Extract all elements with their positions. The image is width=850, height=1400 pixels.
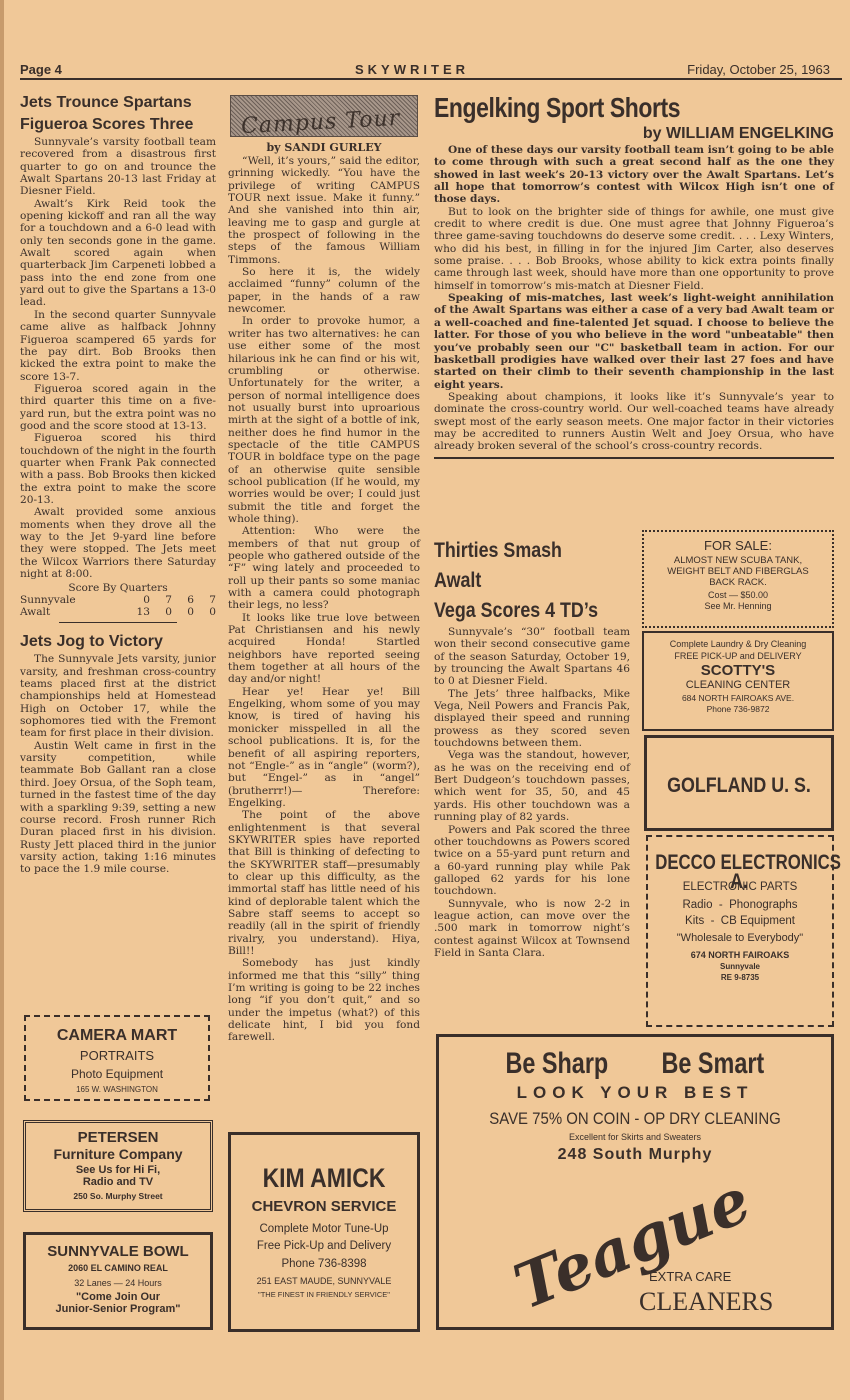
paragraph: But to look on the brighter side of thin… bbox=[434, 206, 834, 292]
paragraph: The Sunnyvale Jets varsity, junior varsi… bbox=[20, 653, 216, 739]
table-title: Score By Quarters bbox=[20, 582, 216, 594]
ad-subtitle: CLEANING CENTER bbox=[644, 679, 832, 691]
ad-for-sale: FOR SALE: ALMOST NEW SCUBA TANK, WEIGHT … bbox=[642, 530, 834, 628]
paragraph: “Well, it’s yours,” said the editor, gri… bbox=[228, 155, 420, 266]
ad-line: Radio and TV bbox=[26, 1176, 210, 1188]
ad-title: SUNNYVALE BOWL bbox=[26, 1243, 210, 1260]
team-name: Awalt bbox=[20, 606, 128, 618]
paragraph: Figueroa scored again in the third quart… bbox=[20, 383, 216, 432]
ad-address: 684 NORTH FAIROAKS AVE. bbox=[644, 693, 832, 703]
ad-line: Kits - CB Equipment bbox=[648, 915, 832, 927]
ad-sunnyvale-bowl: SUNNYVALE BOWL 2060 EL CAMINO REAL 32 La… bbox=[23, 1232, 213, 1330]
ad-teague-cleaners: Be Sharp Be Smart LOOK YOUR BEST SAVE 75… bbox=[436, 1034, 834, 1330]
page-number: Page 4 bbox=[20, 62, 62, 77]
ad-kim-amick-chevron: KIM AMICK CHEVRON SERVICE Complete Motor… bbox=[228, 1132, 420, 1332]
article-body: One of these days our varsity football t… bbox=[434, 144, 834, 453]
ad-title: DECCO ELECTRONICS bbox=[655, 851, 825, 875]
divider bbox=[434, 457, 834, 459]
quarter-score: 0 bbox=[150, 606, 172, 618]
byline: by WILLIAM ENGELKING bbox=[434, 124, 834, 144]
quarter-score: 0 bbox=[194, 606, 216, 618]
paragraph: Hear ye! Hear ye! Bill Engelking, whom s… bbox=[228, 686, 420, 809]
ad-line: BACK RACK. bbox=[644, 577, 832, 588]
ad-address: 2060 EL CAMINO REAL bbox=[26, 1263, 210, 1273]
column-2: Campus Tour by SANDI GURLEY “Well, it’s … bbox=[228, 95, 420, 1044]
ad-line: Radio - Phonographs bbox=[648, 899, 832, 911]
quarter-score: 7 bbox=[150, 594, 172, 606]
team-name: Sunnyvale bbox=[20, 594, 128, 606]
ad-title: CAMERA MART bbox=[26, 1027, 208, 1045]
quarter-score: 0 bbox=[128, 594, 150, 606]
table-row: Sunnyvale 0 7 6 7 bbox=[20, 594, 216, 606]
paragraph: Vega was the standout, however, as he wa… bbox=[434, 749, 630, 823]
ad-line: Photo Equipment bbox=[26, 1067, 208, 1081]
paragraph: Awalt’s Kirk Reid took the opening kicko… bbox=[20, 198, 216, 309]
ad-line: Free Pick-Up and Delivery bbox=[231, 1240, 417, 1252]
paragraph: Figueroa scored his third touchdown of t… bbox=[20, 432, 216, 506]
paragraph: Austin Welt came in first in the varsity… bbox=[20, 740, 216, 876]
ad-subtitle: CHEVRON SERVICE bbox=[231, 1198, 417, 1215]
ad-title: KIM AMICK bbox=[245, 1163, 403, 1194]
ad-line: 32 Lanes — 24 Hours bbox=[26, 1278, 210, 1288]
paragraph: In order to provoke humor, a writer has … bbox=[228, 315, 420, 525]
column-3: Engelking Sport Shorts by WILLIAM ENGELK… bbox=[434, 92, 834, 459]
paragraph: Sunnyvale’s “30” football team won their… bbox=[434, 626, 630, 688]
newspaper-title: SKYWRITER bbox=[355, 62, 469, 77]
ad-line: See Us for Hi Fi, bbox=[26, 1164, 210, 1176]
quarter-score: 0 bbox=[172, 606, 194, 618]
paragraph: Awalt provided some anxious moments when… bbox=[20, 506, 216, 580]
ad-slogan-right: Be Smart bbox=[662, 1047, 765, 1081]
masthead: Page 4 SKYWRITER Friday, October 25, 196… bbox=[20, 62, 842, 80]
quarter-score: 13 bbox=[128, 606, 150, 618]
headline: Jets Jog to Victory bbox=[20, 631, 216, 653]
ad-line: WEIGHT BELT AND FIBERGLAS bbox=[644, 566, 832, 577]
article-body: Sunnyvale’s “30” football team won their… bbox=[434, 626, 630, 959]
paragraph: Speaking of mis-matches, last week’s lig… bbox=[434, 292, 834, 391]
ad-scottys-cleaning: Complete Laundry & Dry Cleaning FREE PIC… bbox=[642, 631, 834, 731]
ad-tagline: EXTRA CARE bbox=[649, 1269, 731, 1284]
paragraph: The Jets’ three halfbacks, Mike Vega, Ne… bbox=[434, 688, 630, 750]
ad-line: ALMOST NEW SCUBA TANK, bbox=[644, 555, 832, 566]
paragraph: In the second quarter Sunnyvale came ali… bbox=[20, 309, 216, 383]
ad-petersen-furniture: PETERSEN Furniture Company See Us for Hi… bbox=[23, 1120, 213, 1212]
ad-line: PORTRAITS bbox=[26, 1048, 208, 1063]
ad-line: Complete Laundry & Dry Cleaning bbox=[644, 639, 832, 649]
headline: Jets Trounce Spartans bbox=[20, 92, 216, 114]
issue-date: Friday, October 25, 1963 bbox=[687, 62, 830, 77]
ad-contact: See Mr. Henning bbox=[644, 601, 832, 611]
ad-phone: Phone 736-9872 bbox=[644, 704, 832, 714]
ad-slogan: "THE FINEST IN FRIENDLY SERVICE" bbox=[231, 1290, 417, 1299]
campus-tour-banner: Campus Tour bbox=[230, 95, 418, 137]
ad-address: 165 W. WASHINGTON bbox=[26, 1085, 208, 1094]
subheadline: Vega Scores 4 TD’s bbox=[434, 596, 601, 626]
ad-line: LOOK YOUR BEST bbox=[439, 1083, 831, 1103]
paragraph: The point of the above enlightenment is … bbox=[228, 809, 420, 957]
paragraph: Sunnyvale, who is now 2-2 in league acti… bbox=[434, 898, 630, 960]
ad-title: FOR SALE: bbox=[644, 538, 832, 553]
ad-address: 251 EAST MAUDE, SUNNYVALE bbox=[231, 1276, 417, 1286]
paragraph: Speaking about champions, it looks like … bbox=[434, 391, 834, 453]
ad-title: SCOTTY'S bbox=[644, 662, 832, 679]
ad-brand-word: CLEANERS bbox=[639, 1287, 773, 1317]
ad-title: PETERSEN bbox=[26, 1129, 210, 1146]
paragraph: It looks like true love between Pat Chri… bbox=[228, 612, 420, 686]
ad-golfland: GOLFLAND U. S. A. bbox=[644, 735, 834, 831]
article-jets-trounce: Jets Trounce Spartans Figueroa Scores Th… bbox=[20, 92, 216, 623]
ad-address: 250 So. Murphy Street bbox=[26, 1191, 210, 1201]
ad-camera-mart: CAMERA MART PORTRAITS Photo Equipment 16… bbox=[24, 1015, 210, 1101]
article-body: Sunnyvale’s varsity football team recove… bbox=[20, 136, 216, 580]
column-1: Jets Trounce Spartans Figueroa Scores Th… bbox=[20, 92, 216, 876]
divider bbox=[59, 622, 177, 623]
score-by-quarters-table: Score By Quarters Sunnyvale 0 7 6 7 Awal… bbox=[20, 582, 216, 618]
paragraph: So here it is, the widely acclaimed “fun… bbox=[228, 266, 420, 315]
ad-subtitle: Furniture Company bbox=[26, 1146, 210, 1162]
ad-phone: Phone 736-8398 bbox=[231, 1258, 417, 1270]
ad-slogan: "Wholesale to Everybody" bbox=[648, 932, 832, 944]
ad-address: 248 South Murphy bbox=[439, 1146, 831, 1164]
quarter-score: 7 bbox=[194, 594, 216, 606]
article-body: “Well, it’s yours,” said the editor, gri… bbox=[228, 155, 420, 1044]
banner-title: Campus Tour bbox=[240, 106, 400, 137]
ad-line: SAVE 75% ON COIN - OP DRY CLEANING bbox=[463, 1109, 808, 1129]
ad-address: 674 NORTH FAIROAKS bbox=[648, 950, 832, 960]
ad-line: "Come Join Our bbox=[26, 1291, 210, 1303]
headline: Thirties Smash Awalt bbox=[434, 536, 601, 596]
ad-line: Junior-Senior Program" bbox=[26, 1303, 210, 1315]
ad-price: Cost — $50.00 bbox=[644, 590, 832, 600]
subheadline: Figueroa Scores Three bbox=[20, 114, 216, 136]
byline: by SANDI GURLEY bbox=[228, 141, 420, 155]
paragraph: Somebody has just kindly informed me tha… bbox=[228, 957, 420, 1043]
ad-line: Excellent for Skirts and Sweaters bbox=[439, 1132, 831, 1142]
ad-line: Complete Motor Tune-Up bbox=[231, 1223, 417, 1235]
ad-decco-electronics: DECCO ELECTRONICS ELECTRONIC PARTS Radio… bbox=[646, 835, 834, 1027]
ad-subtitle: ELECTRONIC PARTS bbox=[648, 881, 832, 893]
ad-line: FREE PICK-UP and DELIVERY bbox=[644, 651, 832, 661]
paragraph: Attention: Who were the members of that … bbox=[228, 525, 420, 611]
article-jets-jog: Jets Jog to Victory The Sunnyvale Jets v… bbox=[20, 631, 216, 875]
quarter-score: 6 bbox=[172, 594, 194, 606]
paragraph: Powers and Pak scored the three other to… bbox=[434, 824, 630, 898]
article-thirties: Thirties Smash Awalt Vega Scores 4 TD’s … bbox=[434, 536, 630, 959]
newspaper-page: Page 4 SKYWRITER Friday, October 25, 196… bbox=[0, 0, 850, 1400]
paragraph: One of these days our varsity football t… bbox=[434, 144, 834, 206]
ad-phone: RE 9-8735 bbox=[648, 973, 832, 982]
headline: Engelking Sport Shorts bbox=[434, 92, 762, 124]
ad-slogan-left: Be Sharp bbox=[506, 1047, 609, 1081]
table-row: Awalt 13 0 0 0 bbox=[20, 606, 216, 618]
ad-city: Sunnyvale bbox=[648, 962, 832, 971]
article-body: The Sunnyvale Jets varsity, junior varsi… bbox=[20, 653, 216, 875]
paragraph: Sunnyvale’s varsity football team recove… bbox=[20, 136, 216, 198]
ad-slogan-row: Be Sharp Be Smart bbox=[439, 1047, 831, 1081]
